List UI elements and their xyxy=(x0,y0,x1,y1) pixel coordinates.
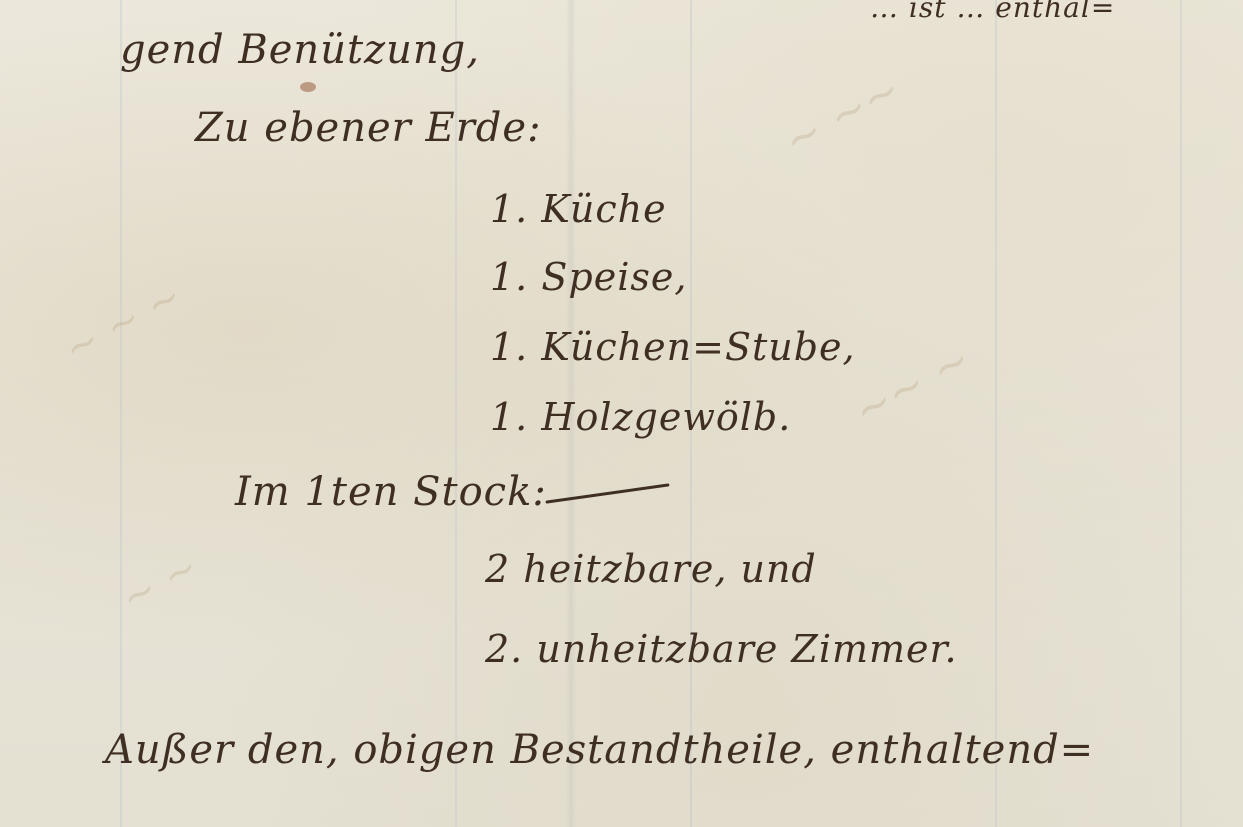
manuscript-line-4: Außer den, obigen Bestandtheile, enthalt… xyxy=(105,730,1094,770)
item-text: Speise, xyxy=(541,255,687,299)
item-text: unheitzbare Zimmer. xyxy=(536,627,957,671)
paper-chain-line xyxy=(995,0,997,827)
item-number: 2. xyxy=(485,627,523,671)
paper-chain-line xyxy=(1180,0,1182,827)
list-item-woodshed: 1. Holzgewölb. xyxy=(490,398,791,436)
list-item-unheated-rooms: 2. unheitzbare Zimmer. xyxy=(485,630,958,668)
list-item-kitchen-room: 1. Küchen=Stube, xyxy=(490,328,856,366)
paper-chain-line xyxy=(120,0,122,827)
item-text: heitzbare, und xyxy=(523,547,816,591)
manuscript-line-2: Zu ebener Erde: xyxy=(195,108,542,148)
list-item-heated-rooms: 2 heitzbare, und xyxy=(485,550,817,588)
ink-stain xyxy=(300,82,316,92)
bleed-through-text: ~ ~ xyxy=(114,544,206,622)
item-number: 1. xyxy=(490,187,528,231)
item-number: 2 xyxy=(485,547,510,591)
item-text: Holzgewölb. xyxy=(541,395,791,439)
list-item-pantry: 1. Speise, xyxy=(490,258,687,296)
flourish-stroke xyxy=(545,483,669,503)
item-text: Küche xyxy=(541,187,666,231)
bleed-through-text: ~ ~ ~ xyxy=(57,273,190,373)
item-number: 1. xyxy=(490,325,528,369)
manuscript-line-1: gend Benützung, xyxy=(120,30,480,70)
manuscript-line-3: Im 1ten Stock: xyxy=(235,472,547,512)
bleed-through-text: ~ ~~ xyxy=(775,64,909,168)
item-number: 1. xyxy=(490,395,528,439)
list-item-kitchen: 1. Küche xyxy=(490,190,667,228)
item-number: 1. xyxy=(490,255,528,299)
manuscript-line-top-fragment: … ist … enthal= xyxy=(870,0,1115,22)
item-text: Küchen=Stube, xyxy=(541,325,855,369)
bleed-through-text: ~~ ~ xyxy=(845,334,979,438)
manuscript-page: ~ ~ ~ ~ ~~ ~~ ~ ~ ~ … ist … enthal= gend… xyxy=(0,0,1243,827)
